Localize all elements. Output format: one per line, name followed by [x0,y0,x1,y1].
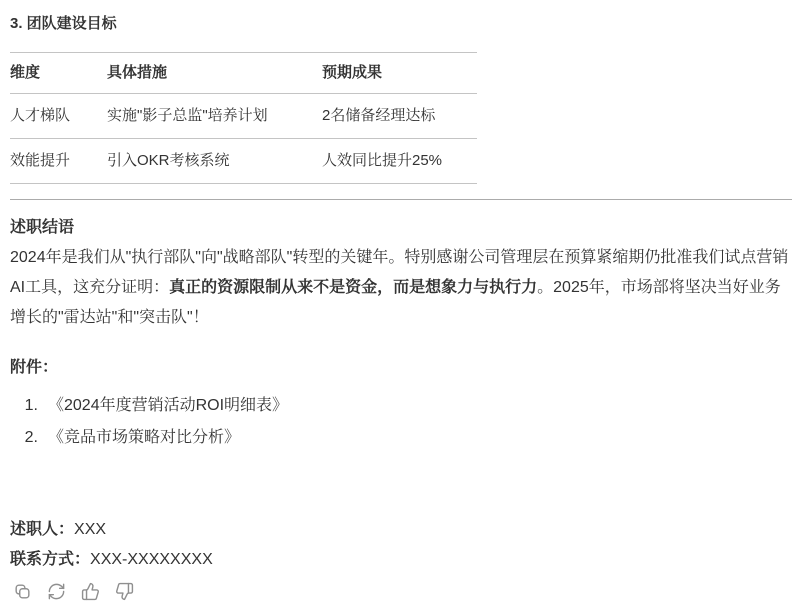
table-cell: 引入OKR考核系统 [107,139,322,184]
regenerate-button[interactable] [46,581,66,601]
signature-line: 联系方式：XXX-XXXXXXXX [10,545,792,575]
section-heading: 3. 团队建设目标 [10,14,792,34]
thumbs-up-icon [81,582,100,601]
signature-value: XXX-XXXXXXXX [90,551,213,568]
regenerate-icon [47,582,66,601]
list-item-number: 2. [22,423,38,453]
list-item-text: 《2024年度营销活动ROI明细表》 [48,391,288,421]
thumbs-down-button[interactable] [114,581,134,601]
signature-label: 联系方式： [10,551,90,568]
table-cell: 人效同比提升25% [322,139,477,184]
table-cell: 效能提升 [10,139,107,184]
paragraph-emphasis: 真正的资源限制从来不是资金，而是想象力与执行力 [169,279,537,296]
signature-value: XXX [74,521,106,538]
conclusion-heading: 述职结语 [10,213,792,243]
signature-line: 述职人：XXX [10,515,792,545]
thumbs-up-button[interactable] [80,581,100,601]
table-row: 人才梯队 实施"影子总监"培养计划 2名储备经理达标 [10,94,477,139]
copy-button[interactable] [12,581,32,601]
column-header: 具体措施 [107,53,322,94]
conclusion-paragraph: 2024年是我们从"执行部队"向"战略部队"转型的关键年。特别感谢公司管理层在预… [10,243,792,333]
list-item: 1. 《2024年度营销活动ROI明细表》 [10,391,792,421]
section-divider [10,199,792,200]
table-cell: 2名储备经理达标 [322,94,477,139]
thumbs-down-icon [115,582,134,601]
list-item: 2. 《竞品市场策略对比分析》 [10,423,792,453]
report-page: 3. 团队建设目标 维度 具体措施 预期成果 人才梯队 实施"影子总监"培养计划… [0,0,802,609]
attachments-list: 1. 《2024年度营销活动ROI明细表》 2. 《竞品市场策略对比分析》 [10,391,792,453]
table-cell: 人才梯队 [10,94,107,139]
attachments-heading: 附件： [10,353,792,383]
signature-block: 述职人：XXX 联系方式：XXX-XXXXXXXX [10,515,792,575]
table-header-row: 维度 具体措施 预期成果 [10,53,477,94]
table-row: 效能提升 引入OKR考核系统 人效同比提升25% [10,139,477,184]
signature-label: 述职人： [10,521,74,538]
copy-icon [13,582,32,601]
list-item-text: 《竞品市场策略对比分析》 [48,423,240,453]
table-cell: 实施"影子总监"培养计划 [107,94,322,139]
column-header: 预期成果 [322,53,477,94]
list-item-number: 1. [22,391,38,421]
column-header: 维度 [10,53,107,94]
message-actions-toolbar [10,581,792,601]
goals-table: 维度 具体措施 预期成果 人才梯队 实施"影子总监"培养计划 2名储备经理达标 … [10,52,477,184]
